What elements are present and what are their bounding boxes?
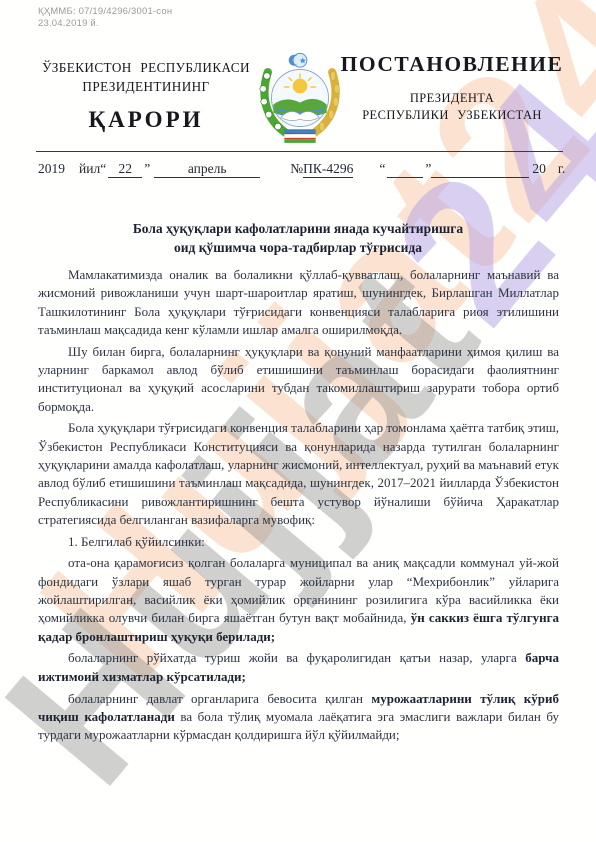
registration-date: 23.04.2019 й.: [38, 18, 172, 30]
uzbekistan-emblem-icon: [254, 50, 346, 146]
paragraph: ота-она қарамоғисиз қолган болаларга мун…: [38, 554, 559, 645]
registration-note: ҚҲММБ: 07/19/4296/3001-сон 23.04.2019 й.: [38, 6, 172, 30]
document-number: ПК-4296: [303, 161, 353, 178]
header-russian-title: ПОСТАНОВЛЕНИЕ: [338, 52, 566, 77]
header-russian-line1: ПРЕЗИДЕНТА: [338, 90, 566, 107]
decree-document-page: Hujjat24 Hujjat24 ҚҲММБ: 07/19/4296/3001…: [0, 0, 596, 842]
dateline-blank-month: [431, 161, 529, 178]
document-title: Бола ҳуқуқлари кафолатларини янада кучай…: [0, 219, 596, 257]
header-divider: [36, 151, 563, 152]
document-title-line1: Бола ҳуқуқлари кафолатларини янада кучай…: [0, 219, 596, 238]
header-russian-line2: РЕСПУБЛИКИ УЗБЕКИСТАН: [338, 107, 566, 124]
dateline-open-quote: “: [100, 161, 106, 177]
registration-number: ҚҲММБ: 07/19/4296/3001-сон: [38, 6, 172, 18]
header-uzbek-title: ҚАРОРИ: [34, 107, 258, 133]
dateline-g-label: г.: [558, 161, 565, 177]
paragraph: болаларнинг рўйхатда туриш жойи ва фуқар…: [38, 649, 559, 686]
dateline-year-short: 20: [532, 161, 546, 177]
dateline: 2019 йил “ 22 ” апрель № ПК-4296 “ ” 20 …: [38, 161, 578, 178]
dateline-blank-day: [387, 161, 423, 178]
dateline-blank-open-quote: “: [379, 161, 385, 177]
header-uzbek-line1: ЎЗБЕКИСТОН РЕСПУБЛИКАСИ: [34, 58, 258, 77]
paragraph: 1. Белгилаб қўйилсинки:: [38, 533, 559, 551]
dateline-year-label: йил: [79, 161, 100, 177]
dateline-day: 22: [108, 161, 142, 178]
dateline-number-sign: №: [290, 161, 303, 177]
paragraph: болаларнинг давлат органларига бевосита …: [38, 690, 559, 745]
header-uzbek-line2: ПРЕЗИДЕНТИНИНГ: [34, 77, 258, 96]
paragraph: Бола ҳуқуқлари тўғрисидаги конвенция тал…: [38, 419, 559, 529]
dateline-close-quote: ”: [144, 161, 150, 177]
header-russian: ПОСТАНОВЛЕНИЕ ПРЕЗИДЕНТА РЕСПУБЛИКИ УЗБЕ…: [338, 52, 566, 124]
paragraph: Мамлакатимизда оналик ва болаликни қўлла…: [38, 266, 559, 339]
document-title-line2: оид қўшимча чора-тадбирлар тўғрисида: [0, 238, 596, 257]
dateline-year: 2019: [38, 161, 65, 177]
header-uzbek: ЎЗБЕКИСТОН РЕСПУБЛИКАСИ ПРЕЗИДЕНТИНИНГ Қ…: [34, 58, 258, 133]
paragraph: Шу билан бирга, болаларнинг ҳуқуқлари ва…: [38, 343, 559, 416]
dateline-month: апрель: [154, 161, 260, 178]
document-body: Мамлакатимизда оналик ва болаликни қўлла…: [38, 266, 559, 748]
